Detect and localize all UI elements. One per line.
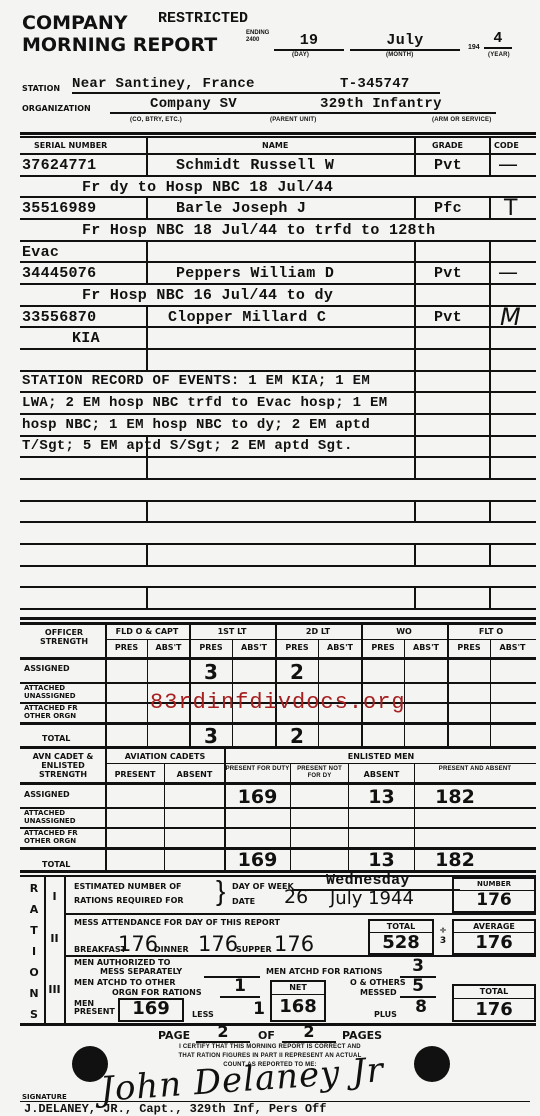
divider	[270, 994, 326, 995]
row-line	[20, 500, 536, 502]
entry-serial: 33556870	[22, 309, 96, 326]
col-sep	[414, 543, 416, 565]
entry-remark-cont: Evac	[22, 244, 59, 261]
month-caption: (MONTH)	[386, 52, 413, 58]
officer-1st-lt-total: 3	[190, 724, 232, 748]
col-sep	[489, 136, 491, 153]
average-value: 176	[454, 932, 534, 953]
rations-letter: O	[24, 962, 44, 983]
entry-name: Peppers William D	[176, 265, 334, 282]
entry-remark: Fr Hosp NBC 16 Jul/44 to dy	[82, 287, 333, 304]
col-sep	[146, 240, 148, 261]
col-sep	[489, 240, 491, 261]
organization-label: ORGANIZATION	[22, 104, 91, 113]
col-sep	[146, 196, 148, 218]
section-ii-roman: II	[45, 932, 64, 945]
entry-serial: 34445076	[22, 265, 96, 282]
em-present-and-absent-assigned: 182	[415, 786, 495, 808]
subcol-present-for-duty: PRESENT FOR DUTY	[225, 766, 290, 773]
row-line	[20, 348, 536, 350]
col-sep	[414, 326, 416, 348]
atchd-other-label-2: ORGN FOR RATIONS	[112, 988, 202, 997]
col-sep	[489, 326, 491, 348]
officer-strength-title: OFFICER STRENGTH	[24, 628, 104, 646]
date-label: DATE	[232, 897, 255, 906]
row-line	[20, 456, 536, 458]
em-present-for-duty-assigned: 169	[225, 786, 290, 808]
section3-total-value: 176	[454, 999, 534, 1020]
subcol-pres: PRES	[106, 643, 147, 652]
row-line	[20, 543, 536, 545]
divider	[20, 617, 536, 620]
col-sep	[414, 283, 416, 305]
enlisted-men-group: ENLISTED MEN	[226, 752, 536, 761]
entry-grade: Pfc	[434, 200, 462, 217]
col-sep	[164, 763, 165, 870]
section-iii-roman: III	[45, 983, 64, 996]
dinner-value: 176	[198, 932, 238, 956]
col-sep	[146, 543, 148, 565]
report-month: July	[350, 32, 460, 51]
officer-1st-lt-assigned: 3	[190, 660, 232, 684]
col-sep	[146, 586, 148, 608]
divider	[20, 746, 536, 749]
col-sep	[105, 622, 107, 747]
estimated-label-2: RATIONS REQUIRED FOR	[74, 896, 184, 905]
row-line	[20, 435, 536, 437]
number-label: NUMBER	[454, 880, 534, 888]
officer-2d-lt-total: 2	[276, 724, 318, 748]
mess-separately-label-1: MEN AUTHORIZED TO	[74, 958, 170, 967]
entry-code: —	[498, 152, 518, 176]
divide-by-three: ÷ 3	[436, 926, 450, 946]
col-sep	[64, 875, 66, 1023]
rations-letter: I	[24, 941, 44, 962]
officer-group: FLD O & CAPT	[106, 627, 188, 636]
entry-code: —	[498, 260, 518, 284]
atchd-rations-value: 3	[400, 956, 436, 978]
rations-side-label: R A T I O N S	[24, 878, 44, 1025]
col-sep	[489, 261, 491, 283]
ration-date-rest: July 1944	[330, 888, 414, 909]
divider	[64, 955, 536, 957]
morning-report-document: COMPANY MORNING REPORT RESTRICTED ENDING…	[0, 0, 540, 1116]
row-label-total: TOTAL	[42, 860, 70, 869]
others-messed-label-2: MESSED	[360, 988, 397, 997]
col-sep	[147, 639, 148, 747]
col-sep	[489, 543, 491, 565]
divider	[105, 763, 536, 764]
entry-grade: Pvt	[434, 309, 462, 326]
col-sep	[414, 370, 416, 435]
report-year: 4	[484, 30, 512, 49]
subcol-abst: ABS'T	[319, 643, 361, 652]
signature-label: SIGNATURE	[22, 1093, 67, 1101]
col-sep	[489, 196, 491, 218]
dinner-label: DINNER	[154, 945, 189, 954]
enlisted-strength-title: AVN CADET & ENLISTED STRENGTH	[22, 752, 104, 779]
title-company: COMPANY	[22, 12, 128, 34]
officer-2d-lt-assigned: 2	[276, 660, 318, 684]
average-label: AVERAGE	[454, 922, 534, 931]
entry-name: Barle Joseph J	[176, 200, 306, 217]
total-label: TOTAL	[370, 922, 432, 931]
year-caption: (YEAR)	[488, 52, 510, 58]
col-sep	[414, 153, 416, 175]
supper-value: 176	[274, 932, 314, 956]
aviation-cadets-group: AVIATION CADETS	[106, 752, 224, 761]
row-label-attached-fr-other: ATTACHED FR OTHER ORGN	[24, 829, 104, 845]
col-name: NAME	[262, 141, 288, 150]
title-morning-report: MORNING REPORT	[22, 34, 217, 56]
men-present-label: MEN PRESENT	[74, 1000, 108, 1016]
section-i-roman: I	[45, 890, 64, 903]
col-sep	[414, 240, 416, 261]
ending-label: ENDING 2400	[246, 30, 272, 44]
row-line	[20, 175, 536, 177]
subcol-pres: PRES	[276, 643, 318, 652]
subcol-abst: ABS'T	[491, 643, 534, 652]
ration-date-day: 26	[284, 886, 308, 908]
col-sep	[414, 586, 416, 608]
subcol-present-and-absent: PRESENT AND ABSENT	[415, 766, 535, 773]
officer-group: FLT O	[448, 627, 534, 636]
events-line: STATION RECORD OF EVENTS: 1 EM KIA; 1 EM	[22, 373, 370, 389]
rations-letter: S	[24, 1004, 44, 1025]
divider	[20, 1023, 536, 1026]
rations-letter: N	[24, 983, 44, 1004]
entry-code: M	[500, 303, 521, 331]
col-sep	[489, 500, 491, 521]
col-sep	[489, 305, 491, 326]
subcol-absent: ABSENT	[165, 770, 224, 779]
subcol-pres: PRES	[362, 643, 404, 652]
row-line	[20, 565, 536, 567]
atchd-other-value: 1	[220, 976, 260, 998]
entry-name: Schmidt Russell W	[176, 157, 334, 174]
col-sep	[447, 622, 449, 747]
col-serial-number: SERIAL NUMBER	[34, 141, 107, 150]
station-value: Near Santiney, France	[72, 76, 262, 94]
em-present-and-absent-total: 182	[415, 849, 495, 871]
em-present-for-duty-total: 169	[225, 849, 290, 871]
subcol-pres: PRES	[190, 643, 232, 652]
rations-letter: T	[24, 920, 44, 941]
section3-total-label: TOTAL	[454, 987, 534, 996]
entry-code: T	[504, 196, 517, 221]
entry-name: Clopper Millard C	[168, 309, 326, 326]
subcol-present-not-for-duty: PRESENT NOT FOR DY	[291, 766, 348, 780]
col-sep	[414, 305, 416, 326]
entry-grade: Pvt	[434, 157, 462, 174]
col-sep	[489, 348, 491, 370]
net-label: NET	[272, 983, 324, 992]
rations-letter: R	[24, 878, 44, 899]
entry-remark: Fr Hosp NBC 18 Jul/44 to trfd to 128th	[82, 222, 435, 239]
subcol-pres: PRES	[448, 643, 490, 652]
divider	[20, 132, 536, 135]
entry-remark: Fr dy to Hosp NBC 18 Jul/44	[82, 179, 333, 196]
col-sep	[414, 196, 416, 218]
col-sep	[414, 500, 416, 521]
organization-company: Company SV	[110, 96, 260, 114]
mess-attendance-label: MESS ATTENDANCE FOR DAY OF THIS REPORT	[74, 918, 280, 927]
rations-letter: A	[24, 899, 44, 920]
col-grade: GRADE	[432, 141, 463, 150]
year-prefix: 194	[468, 44, 480, 51]
events-line: LWA; 2 EM hosp NBC trfd to Evac hosp; 1 …	[22, 395, 387, 411]
supper-label: SUPPER	[236, 945, 272, 954]
row-label-attached-fr-other: ATTACHED FR OTHER ORGN	[24, 704, 104, 720]
col-sep	[414, 136, 416, 153]
total-value: 528	[370, 932, 432, 953]
col-sep	[489, 435, 491, 456]
col-sep	[489, 370, 491, 435]
page-label: PAGE	[158, 1029, 190, 1042]
col-sep	[146, 326, 148, 348]
em-absent-assigned: 13	[349, 786, 414, 808]
events-line: T/Sgt; 5 EM aptd S/Sgt; 2 EM aptd Sgt.	[22, 438, 353, 454]
row-line	[20, 478, 536, 480]
row-line	[20, 196, 536, 198]
col-sep	[361, 622, 363, 747]
subcol-present: PRESENT	[106, 770, 164, 779]
divider	[105, 639, 536, 640]
signer-name-title: J.DELANEY, JR., Capt., 329th Inf, Pers O…	[24, 1102, 326, 1116]
events-line: hosp NBC; 1 EM hosp NBC to dy; 2 EM aptd	[22, 417, 370, 433]
less-label: LESS	[192, 1010, 214, 1019]
station-label: STATION	[22, 84, 60, 93]
row-line	[20, 370, 536, 372]
entry-grade: Pvt	[434, 265, 462, 282]
row-line	[20, 240, 536, 242]
col-sep	[489, 153, 491, 175]
row-line	[20, 413, 536, 415]
estimated-label-1: ESTIMATED NUMBER OF	[74, 882, 181, 891]
report-day: 19	[274, 32, 344, 51]
divider	[20, 622, 536, 625]
watermark: 83rdinfdivdocs.org	[150, 690, 406, 715]
row-label-assigned: ASSIGNED	[24, 790, 70, 799]
brace-icon: }	[216, 876, 225, 906]
subcol-abst: ABS'T	[148, 643, 189, 652]
em-absent-total: 13	[349, 849, 414, 871]
col-sep	[146, 456, 148, 478]
others-messed-label-1: O & OTHERS	[350, 978, 406, 987]
col-sep	[146, 153, 148, 175]
men-present-value: 169	[120, 998, 182, 1019]
row-label-attached-unassigned: ATTACHED UNASSIGNED	[24, 684, 104, 700]
row-label-attached-unassigned: ATTACHED UNASSIGNED	[24, 809, 104, 825]
subcol-abst: ABS'T	[233, 643, 275, 652]
col-sep	[414, 348, 416, 370]
punch-hole-right	[414, 1046, 450, 1082]
station-grid: T-345747	[262, 76, 440, 94]
atchd-rations-label: MEN ATCHD FOR RATIONS	[266, 967, 383, 976]
divider	[20, 782, 536, 785]
row-line	[20, 391, 536, 393]
row-line	[20, 283, 536, 285]
officer-group: WO	[362, 627, 446, 636]
col-sep	[146, 136, 148, 153]
row-line	[20, 218, 536, 220]
col-code: CODE	[494, 141, 519, 150]
divider	[64, 913, 536, 915]
net-value: 168	[272, 996, 324, 1017]
caption-company: (CO, BTRY, ETC.)	[130, 117, 182, 123]
col-sep	[490, 639, 491, 747]
classification-stamp: RESTRICTED	[158, 10, 248, 27]
row-line	[20, 261, 536, 263]
col-sep	[146, 305, 148, 326]
subcol-absent-em: ABSENT	[349, 770, 414, 779]
subcol-abst: ABS'T	[405, 643, 447, 652]
of-label: OF	[258, 1029, 275, 1042]
row-label-total: TOTAL	[42, 734, 70, 743]
row-line	[20, 326, 536, 328]
col-sep	[146, 348, 148, 370]
plus-value: 8	[410, 997, 432, 1017]
row-line	[20, 153, 536, 155]
page-number: 2	[196, 1022, 250, 1043]
officer-group: 2D LT	[276, 627, 360, 636]
col-sep	[414, 261, 416, 283]
entry-serial: 35516989	[22, 200, 96, 217]
divider	[20, 136, 536, 138]
col-sep	[414, 456, 416, 478]
certify-line: I CERTIFY THAT THIS MORNING REPORT IS CO…	[140, 1044, 400, 1050]
row-line	[20, 521, 536, 523]
col-sep	[489, 283, 491, 305]
organization-unit: 329th Infantry	[260, 96, 496, 114]
row-line	[20, 608, 536, 610]
row-label-assigned: ASSIGNED	[24, 664, 70, 673]
number-value: 176	[454, 890, 534, 910]
caption-parent-unit: (PARENT UNIT)	[270, 117, 316, 123]
others-messed-value: 5	[400, 976, 436, 998]
caption-arm: (ARM OR SERVICE)	[432, 117, 491, 123]
row-line	[20, 586, 536, 588]
pages-label: PAGES	[342, 1029, 382, 1042]
col-sep	[146, 261, 148, 283]
col-sep	[489, 586, 491, 608]
less-value: 1	[250, 999, 268, 1019]
page-total: 2	[282, 1022, 336, 1043]
col-sep	[489, 456, 491, 478]
col-sep	[414, 435, 416, 456]
mess-separately-label-2: MESS SEPARATELY	[100, 967, 182, 976]
day-caption: (DAY)	[292, 52, 309, 58]
officer-group: 1ST LT	[190, 627, 274, 636]
col-sep	[146, 500, 148, 521]
atchd-other-label-1: MEN ATCHD TO OTHER	[74, 978, 176, 987]
entry-serial: 37624771	[22, 157, 96, 174]
breakfast-value: 176	[118, 932, 158, 956]
entry-remark: KIA	[72, 330, 100, 347]
plus-label: PLUS	[374, 1010, 397, 1019]
row-line	[20, 305, 536, 307]
